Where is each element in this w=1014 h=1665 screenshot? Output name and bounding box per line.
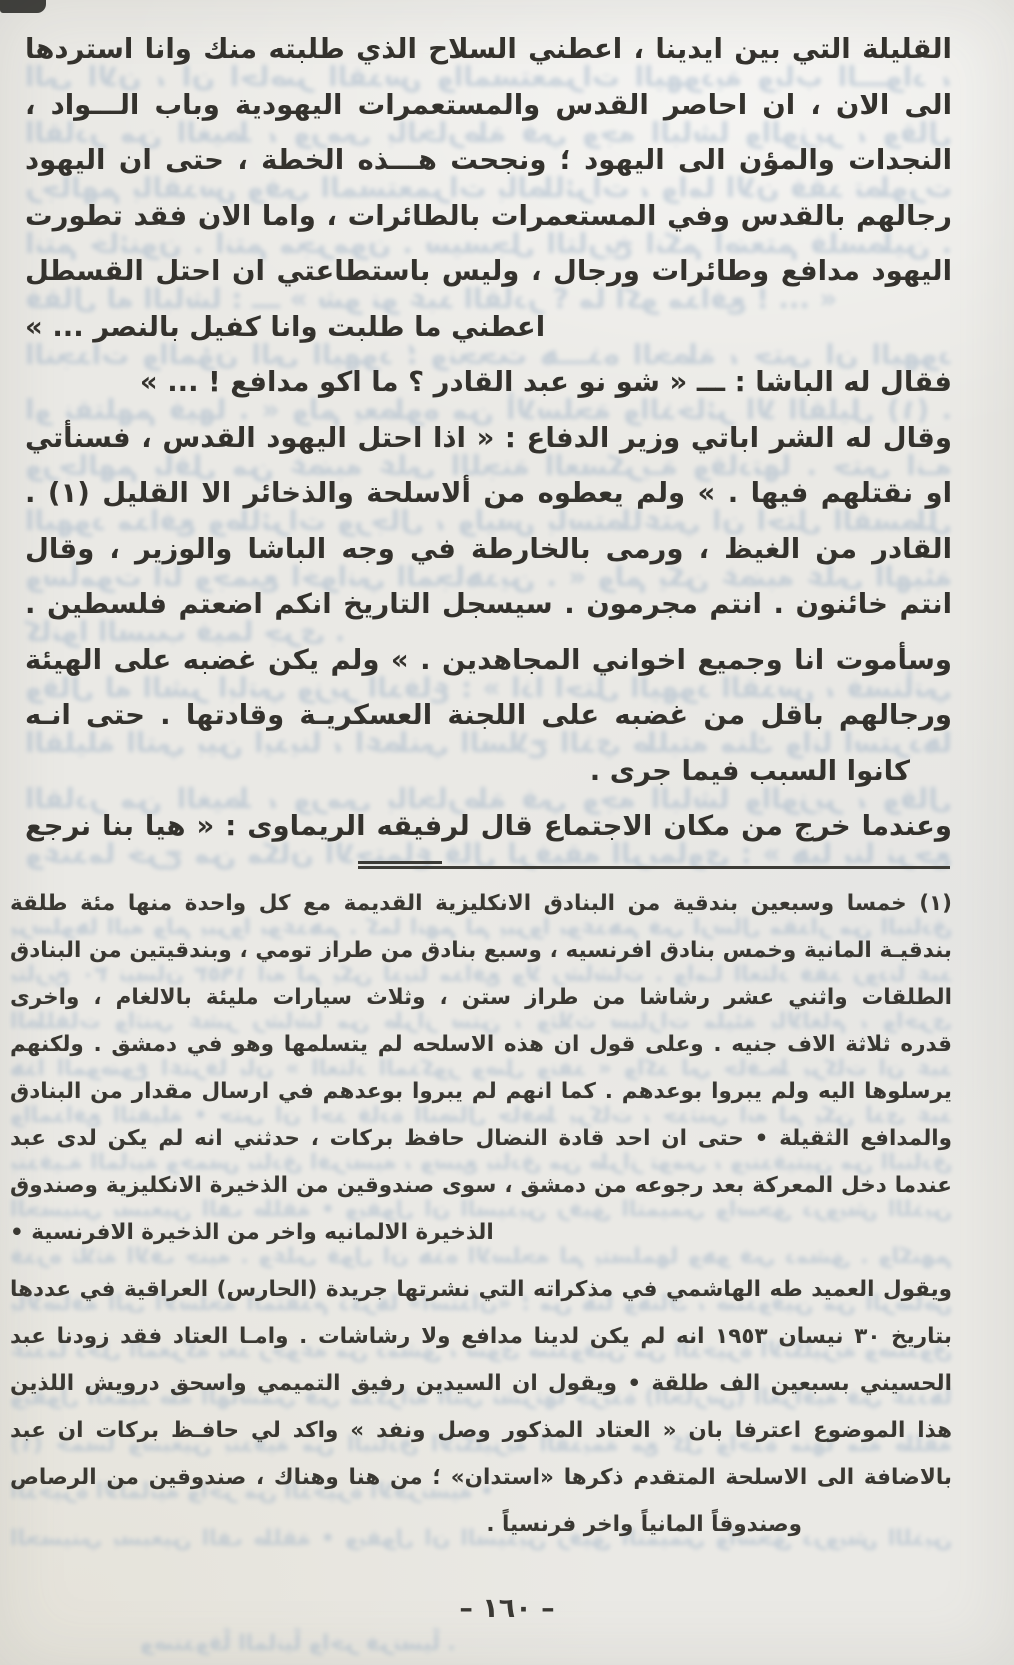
ghost-line: وصندوقاً المانياً واخر فرنسياً . xyxy=(140,1620,834,1665)
footnote-line: يرسلوها اليه ولم يبروا بوعدهم . كما انهم… xyxy=(10,1068,952,1115)
body-line: ورجالهم باقل من غضبه على اللجنة العسكريـ… xyxy=(25,688,952,744)
body-line: النجدات والمؤن الى اليهود ؛ ونجحت هـــذه… xyxy=(25,133,952,189)
footnote-line: (١) خمسا وسبعين بندقية من البنادق الانكل… xyxy=(10,880,952,927)
body-line: وعندما خرج من مكان الاجتماع قال لرفيقه ا… xyxy=(25,799,952,855)
footnote-line: قدره ثلاثة الاف جنيه . وعلى قول ان هذه ا… xyxy=(10,1021,952,1068)
body-line: القادر من الغيظ ، ورمى بالخارطة في وجه ا… xyxy=(25,522,952,578)
body-line: فقال له الباشا : ـــ « شو نو عبد القادر … xyxy=(25,355,952,411)
footnote-separator-tick xyxy=(358,861,442,864)
footnote-line: الذخيرة الالمانيه واخر من الذخيرة الافرن… xyxy=(10,1209,952,1256)
scanned-book-page: الى الان ، ان احاصر القدس والمستعمرات ال… xyxy=(0,0,1014,1665)
body-line: اعطني ما طلبت وانا كفيل بالنصر ... » xyxy=(25,300,952,356)
body-line: القليلة التي بين ايدينا ، اعطني السلاح ا… xyxy=(25,22,952,78)
body-line: كانوا السبب فيما جرى . xyxy=(25,744,952,800)
body-line: وقال له الشر اباتي وزير الدفاع : « اذا ا… xyxy=(25,411,952,467)
body-line: او نقتلهم فيها . » ولم يعطوه من ألاسلحة … xyxy=(25,466,952,522)
body-line: اليهود مدافع وطائرات ورجال ، وليس باستطا… xyxy=(25,244,952,300)
page-number: – ١٦٠ – xyxy=(0,1593,1014,1624)
footnote-block: (١) خمسا وسبعين بندقية من البنادق الانكل… xyxy=(10,880,952,1548)
corner-smudge xyxy=(0,0,46,13)
body-line: انتم خائنون . انتم مجرمون . سيسجل التاري… xyxy=(25,577,952,633)
body-line: الى الان ، ان احاصر القدس والمستعمرات ال… xyxy=(25,78,952,134)
footnote-line: الحسيني بسبعين الف طلقة • ويقول ان السيد… xyxy=(10,1360,952,1407)
body-line: رجالهم بالقدس وفي المستعمرات بالطائرات ،… xyxy=(25,189,952,245)
footnote-line: هذا الموضوع اعترفا بان « العتاد المذكور … xyxy=(10,1407,952,1454)
footnote-line: عندما دخل المعركة بعد رجوعه من دمشق ، سو… xyxy=(10,1162,952,1209)
footnote-line: الطلقات واثني عشر رشاشا من طراز ستن ، وث… xyxy=(10,974,952,1021)
footnote-line: ويقول العميد طه الهاشمي في مذكراته التي … xyxy=(10,1266,952,1313)
footnote-line: بندقيـة المانية وخمس بنادق افرنسيه ، وسب… xyxy=(10,927,952,974)
ghost-bottom-line: وصندوقاً المانياً واخر فرنسياً . xyxy=(140,1620,834,1665)
body-line: وسأموت انا وجميع اخواني المجاهدين . » ول… xyxy=(25,633,952,689)
footnote-line: والمدافع الثقيلة • حتى ان احد قادة النضا… xyxy=(10,1115,952,1162)
footnote-line: وصندوقاً المانياً واخر فرنسياً . xyxy=(10,1501,952,1548)
main-text-block: القليلة التي بين ايدينا ، اعطني السلاح ا… xyxy=(25,22,952,855)
footnote-line: بتاريخ ٣٠ نيسان ١٩٥٣ انه لم يكن لدينا مد… xyxy=(10,1313,952,1360)
footnote-separator xyxy=(358,866,950,869)
footnote-line: بالاضافة الى الاسلحة المتقدم ذكرها «استد… xyxy=(10,1454,952,1501)
